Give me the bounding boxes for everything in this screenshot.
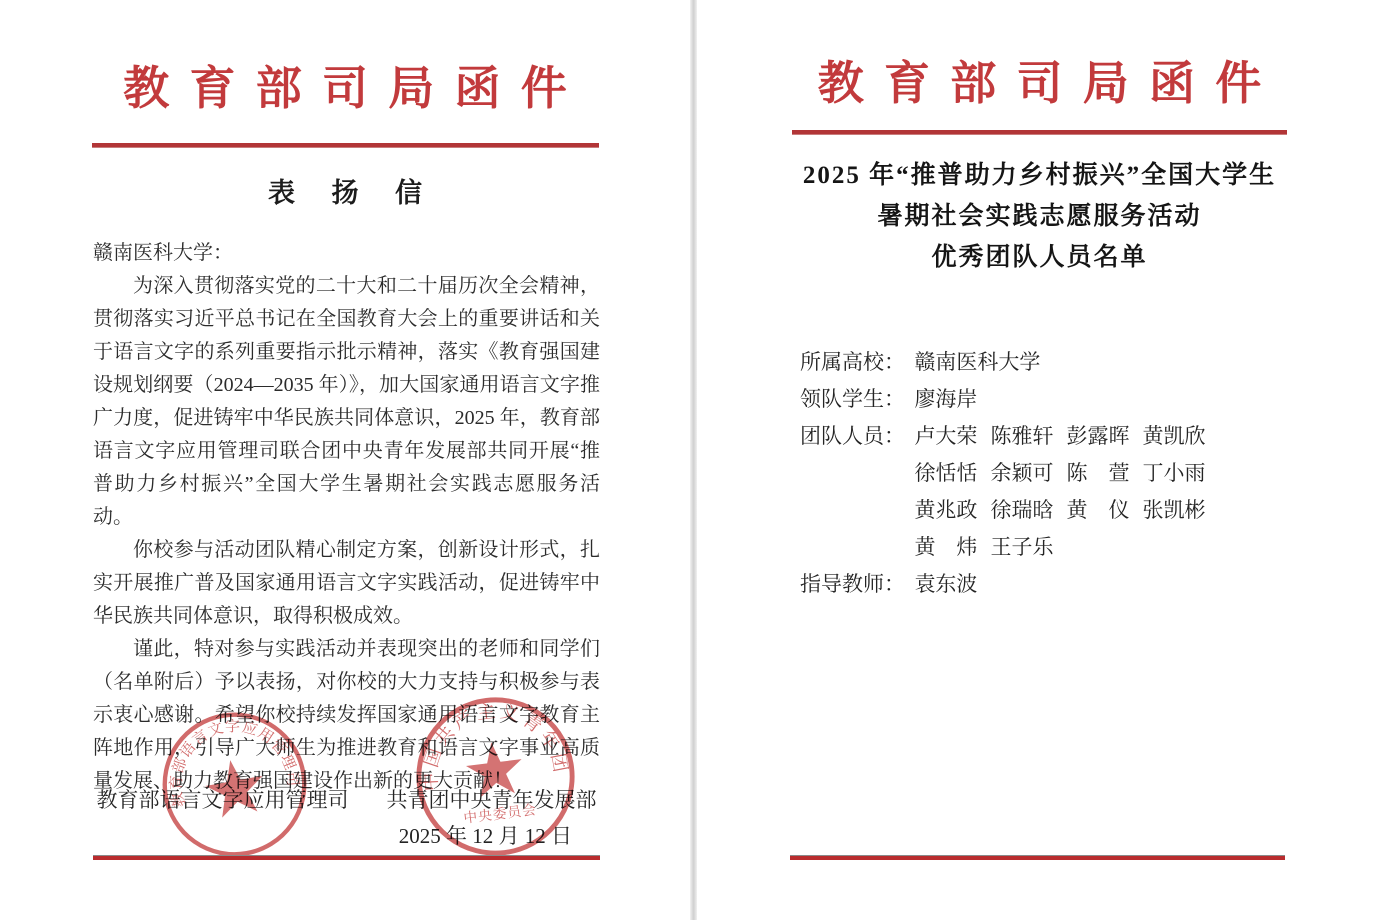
footer-rule <box>790 855 1285 860</box>
page-divider <box>690 0 697 920</box>
footer-rule <box>93 855 600 860</box>
field-university: 所属高校： 赣南医科大学 <box>800 344 1382 381</box>
field-team-leader: 领队学生： 廖海岸 <box>800 381 1382 418</box>
roster-page: 教育部司局函件 2025 年“推普助力乡村振兴”全国大学生 暑期社会实践志愿服务… <box>697 0 1382 920</box>
member-name: 丁小雨 <box>1142 455 1205 492</box>
member-name: 徐瑞晗 <box>990 492 1053 529</box>
member-name: 徐恬恬 <box>914 455 977 492</box>
field-team-members: 团队人员： 卢大荣 陈雅轩 彭露晖 黄凯欣 徐恬恬 余颖可 陈 萱 丁小雨 <box>800 418 1382 566</box>
roster-title-line: 暑期社会实践志愿服务活动 <box>697 196 1382 237</box>
document-spread: 教育部司局函件 表 扬 信 赣南医科大学： 为深入贯彻落实党的二十大和二十届历次… <box>0 0 1382 920</box>
member-name: 卢大荣 <box>914 418 977 455</box>
member-name: 黄凯欣 <box>1142 418 1205 455</box>
member-name: 余颖可 <box>990 455 1053 492</box>
member-name: 黄兆政 <box>914 492 977 529</box>
member-name: 陈 萱 <box>1066 455 1129 492</box>
team-member-list: 卢大荣 陈雅轩 彭露晖 黄凯欣 徐恬恬 余颖可 陈 萱 丁小雨 黄兆政 徐瑞晗 <box>914 418 1218 566</box>
roster-title-line: 优秀团队人员名单 <box>697 237 1382 278</box>
star-icon <box>464 739 526 799</box>
letterhead-rule <box>92 143 599 148</box>
field-label: 所属高校： <box>800 344 905 381</box>
paragraph: 你校参与活动团队精心制定方案，创新设计形式，扎实开展推广普及国家通用语言文字实践… <box>93 534 600 633</box>
letterhead-title: 教育部司局函件 <box>0 63 690 115</box>
doc-title: 表 扬 信 <box>0 171 690 210</box>
member-name: 陈雅轩 <box>990 418 1053 455</box>
roster-title: 2025 年“推普助力乡村振兴”全国大学生 暑期社会实践志愿服务活动 优秀团队人… <box>697 155 1382 278</box>
field-label: 领队学生： <box>800 381 905 418</box>
field-value: 袁东波 <box>914 566 977 603</box>
roster-title-line: 2025 年“推普助力乡村振兴”全国大学生 <box>697 155 1382 196</box>
team-row: 徐恬恬 余颖可 陈 萱 丁小雨 <box>914 455 1218 492</box>
roster-fields: 所属高校： 赣南医科大学 领队学生： 廖海岸 团队人员： 卢大荣 陈雅轩 彭露晖… <box>800 344 1382 603</box>
team-row: 黄 炜 王子乐 <box>914 529 1218 566</box>
team-row: 卢大荣 陈雅轩 彭露晖 黄凯欣 <box>914 418 1218 455</box>
member-name: 彭露晖 <box>1066 418 1129 455</box>
letterhead-rule <box>792 130 1287 135</box>
member-name: 王子乐 <box>990 529 1053 566</box>
field-value: 赣南医科大学 <box>914 344 1040 381</box>
letterhead-title: 教育部司局函件 <box>697 58 1382 110</box>
team-row: 黄兆政 徐瑞晗 黄 仪 张凯彬 <box>914 492 1218 529</box>
field-label: 指导教师： <box>800 566 905 603</box>
field-value: 廖海岸 <box>914 381 977 418</box>
member-name: 黄 炜 <box>914 529 977 566</box>
member-name: 张凯彬 <box>1142 492 1205 529</box>
star-icon <box>202 755 269 819</box>
field-label: 团队人员： <box>800 418 905 455</box>
member-name: 黄 仪 <box>1066 492 1129 529</box>
paragraph: 为深入贯彻落实党的二十大和二十届历次全会精神，贯彻落实习近平总书记在全国教育大会… <box>93 270 600 534</box>
field-advisor: 指导教师： 袁东波 <box>800 566 1382 603</box>
letter-page: 教育部司局函件 表 扬 信 赣南医科大学： 为深入贯彻落实党的二十大和二十届历次… <box>0 0 690 920</box>
official-seal-moe: 教育部语言文字应用管理司 <box>145 695 325 875</box>
official-seal-youth-league: 中国共产主义青年团 中央委员会 <box>402 683 588 869</box>
salutation: 赣南医科大学： <box>93 237 600 270</box>
seal-inner-text: 中央委员会 <box>463 801 538 826</box>
